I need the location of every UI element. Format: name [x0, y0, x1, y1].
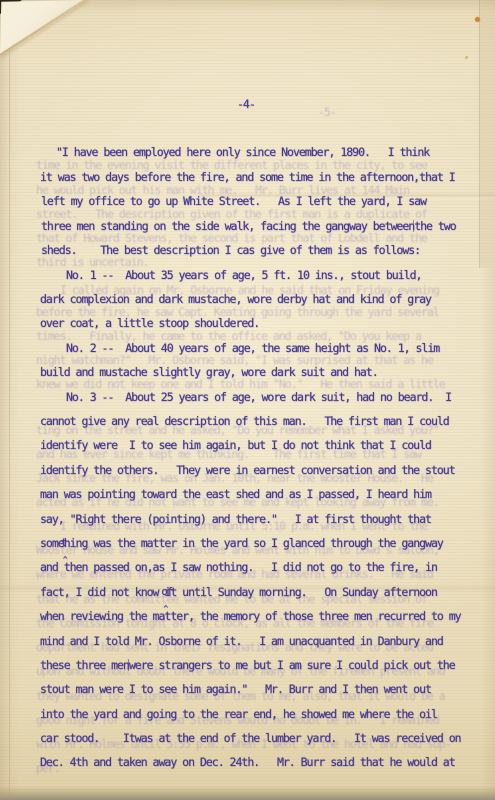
typed-line: stout man were I to see him again." Mr. … — [40, 683, 431, 696]
typed-line: mind and I told Mr. Osborne of it. I am … — [40, 635, 443, 648]
typed-line: fact, I did not know of^it until Sunday … — [40, 586, 437, 599]
bleedthrough-page-number: -5- — [318, 106, 336, 119]
typed-line: Dec. 4th and taken away on Dec. 24th. Mr… — [40, 756, 455, 769]
folded-corner — [0, 0, 86, 58]
typed-line: when reviewing the matter, the memory of… — [40, 610, 461, 623]
scanned-document-page: -5- -4- time in the evening visit the di… — [0, 0, 495, 800]
typed-line: No. 3 -- About 25 years of age, wore dar… — [66, 391, 451, 404]
typed-line: cannot give any real description of this… — [40, 415, 449, 428]
typed-line: somet^hing was the matter in the yard so… — [40, 537, 443, 550]
typed-line: into the yard and going to the rear end,… — [40, 708, 437, 721]
typed-line: three men standing on the side walk, fac… — [41, 220, 456, 233]
typed-line: No. 1 -- About 35 years of age, 5 ft. 10… — [66, 269, 421, 282]
typed-line: man was pointing toward the east shed an… — [40, 488, 431, 501]
typed-line: it was two days before the fire, and som… — [40, 171, 455, 184]
page-number: -4- — [237, 98, 255, 111]
typed-line: left my office to go up White Street. As… — [41, 195, 426, 208]
right-edge-shading — [480, 0, 495, 268]
ink-fleck-small — [465, 56, 468, 59]
typed-line: No. 2 -- About 40 years of age, the same… — [66, 342, 439, 355]
typed-line: say, "Right there (pointing) and there."… — [40, 513, 431, 526]
typed-line: and then passed on,as I saw nothing. I d… — [40, 561, 437, 574]
typed-line: sheds. The best description I cas give o… — [41, 244, 420, 257]
typed-line: build and mustache slightly gray, wore d… — [40, 366, 378, 379]
typed-line: identify were I to see him again, but I … — [40, 439, 431, 452]
typed-line: "I have been employed here only since No… — [56, 146, 429, 159]
typed-line: these three menwere strangers to me but … — [40, 659, 455, 672]
typed-line: over coat, a little stoop shouldered. — [40, 317, 259, 330]
bottom-edge-shadow — [0, 786, 495, 800]
ink-fleck — [475, 17, 480, 22]
typed-line: car stood. Itwas at the end of the lumbe… — [40, 732, 461, 745]
typed-line: identify the others. They were in earnes… — [40, 464, 455, 477]
typed-line: dark complexion and dark mustache, wore … — [40, 293, 431, 306]
left-edge-crease — [9, 0, 10, 800]
